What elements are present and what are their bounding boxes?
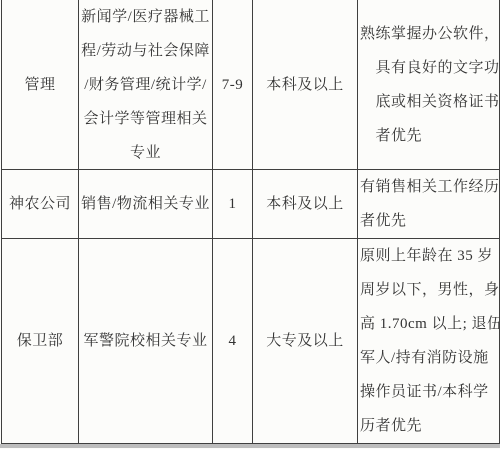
department-text: 神农公司 [9, 187, 71, 221]
table-bottom-shadow [0, 444, 500, 448]
headcount-cell: 4 [213, 239, 253, 444]
education-cell: 本科及以上 [253, 170, 358, 239]
requirements-cell: 原则上年龄在 35 岁 周岁以下，男性，身 高 1.70cm 以上; 退伍 军人… [358, 239, 500, 444]
headcount-text: 4 [229, 324, 237, 358]
headcount-text: 7-9 [222, 68, 244, 102]
requirements-cell: 有销售相关工作经历 者优先 [358, 170, 500, 239]
requirements-text: 熟练掌握办公软件， 具有良好的文字功 底或相关资格证书 者优先 [360, 17, 500, 153]
major-text: 新闻学/医疗器械工 程/劳动与社会保障 /财务管理/统计学/ 会计学等管理相关 … [81, 0, 210, 170]
major-cell: 军警院校相关专业 [79, 239, 213, 444]
education-cell: 大专及以上 [253, 239, 358, 444]
major-text: 军警院校相关专业 [83, 324, 207, 358]
education-text: 本科及以上 [266, 68, 344, 102]
headcount-text: 1 [229, 187, 237, 221]
education-text: 大专及以上 [266, 324, 344, 358]
department-cell: 神农公司 [2, 170, 79, 239]
headcount-cell: 1 [213, 170, 253, 239]
department-text: 管理 [24, 68, 55, 102]
major-text: 销售/物流相关专业 [81, 187, 210, 221]
major-cell: 销售/物流相关专业 [79, 170, 213, 239]
headcount-cell: 7-9 [213, 0, 253, 170]
department-cell: 保卫部 [2, 239, 79, 444]
major-cell: 新闻学/医疗器械工 程/劳动与社会保障 /财务管理/统计学/ 会计学等管理相关 … [79, 0, 213, 170]
requirements-text: 原则上年龄在 35 岁 周岁以下，男性，身 高 1.70cm 以上; 退伍 军人… [360, 239, 500, 443]
department-text: 保卫部 [17, 324, 64, 358]
education-cell: 本科及以上 [253, 0, 358, 170]
requirements-cell: 熟练掌握办公软件， 具有良好的文字功 底或相关资格证书 者优先 [358, 0, 500, 170]
recruitment-table: 管理 新闻学/医疗器械工 程/劳动与社会保障 /财务管理/统计学/ 会计学等管理… [1, 0, 499, 444]
requirements-text: 有销售相关工作经历 者优先 [360, 170, 500, 238]
education-text: 本科及以上 [266, 187, 344, 221]
department-cell: 管理 [2, 0, 79, 170]
